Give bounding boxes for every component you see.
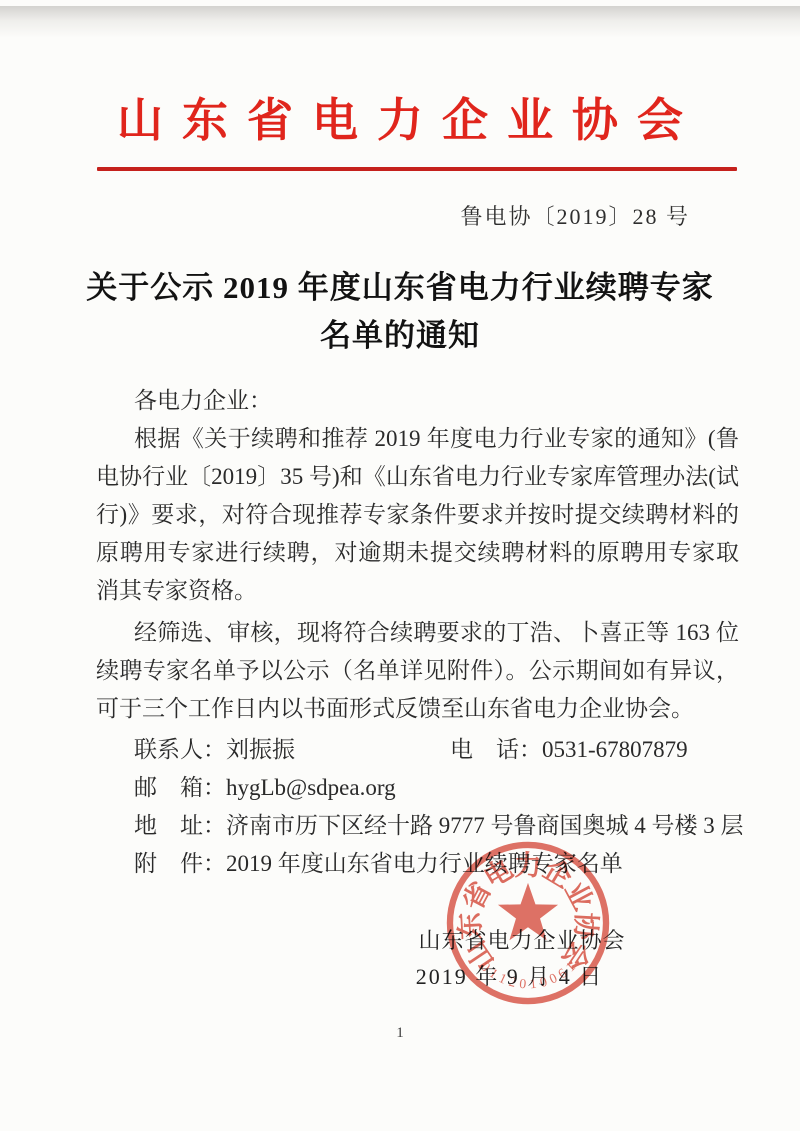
- contact-person-row: 联系人：刘振振 电 话：0531-67807879: [134, 731, 739, 769]
- doc-number: 鲁电协〔2019〕28 号: [460, 200, 690, 231]
- org-name-header: 山东省电力企业协会: [0, 84, 800, 150]
- contact-phone-label: 电 话：: [450, 737, 542, 762]
- official-seal: 山东省电力企业协会0112010061: [412, 807, 644, 1039]
- seal-star-icon: [498, 883, 558, 940]
- paragraph-announcement: 经筛选、审核，现将符合续聘要求的丁浩、卜喜正等 163 位续聘专家名单予以公示（…: [96, 614, 739, 728]
- document-page: 山东省电力企业协会 鲁电协〔2019〕28 号 关于公示 2019 年度山东省电…: [0, 0, 800, 1131]
- notice-title-line1: 关于公示 2019 年度山东省电力行业续聘专家: [0, 264, 800, 312]
- seal-number-digit: 0: [538, 974, 549, 990]
- contact-phone-value: 0531-67807879: [542, 737, 688, 762]
- contact-email-value: hygLb@sdpea.org: [226, 775, 396, 800]
- contact-phone-group: 电 话：0531-67807879: [450, 731, 688, 769]
- contact-email-label: 邮 箱：: [134, 775, 226, 800]
- seal-ring-char: 力: [514, 850, 541, 880]
- scan-artifact-band: [0, 6, 800, 38]
- paragraph-basis: 根据《关于续聘和推荐 2019 年度电力行业专家的通知》(鲁电协行业〔2019〕…: [96, 420, 739, 610]
- page-number: 1: [0, 1025, 800, 1042]
- salutation: 各电力企业：: [96, 382, 739, 420]
- contact-email-row: 邮 箱：hygLb@sdpea.org: [134, 769, 739, 807]
- notice-title-line2: 名单的通知: [0, 312, 800, 360]
- seal-number-digit: 1: [497, 970, 510, 987]
- seal-number-digit: 1: [529, 976, 537, 992]
- red-divider-rule: [97, 167, 737, 171]
- attachment-label: 附 件：: [134, 851, 226, 876]
- seal-ring-char: 东: [455, 911, 486, 941]
- contact-person-label: 联系人：: [134, 737, 226, 762]
- contact-address-label: 地 址：: [134, 813, 226, 838]
- seal-number-digit: 0: [519, 976, 527, 992]
- seal-number-digit: 2: [507, 974, 518, 990]
- contact-person-value: 刘振振: [226, 737, 295, 762]
- notice-title: 关于公示 2019 年度山东省电力行业续聘专家 名单的通知: [0, 264, 800, 360]
